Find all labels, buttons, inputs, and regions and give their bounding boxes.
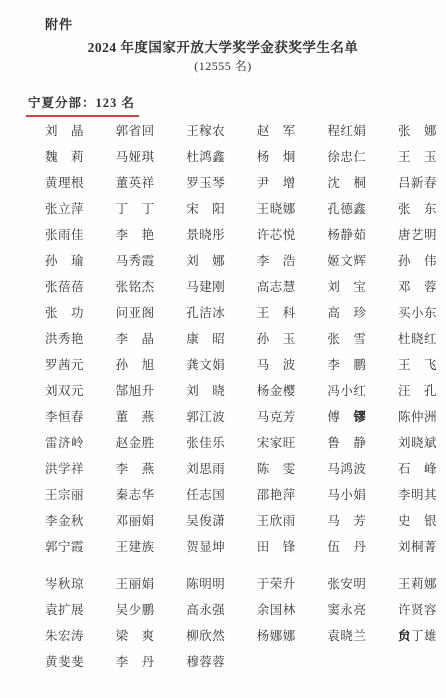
student-name: 魏 莉: [45, 144, 87, 170]
student-name: 王建族: [116, 534, 158, 560]
student-name: 孔洁冰: [186, 300, 228, 326]
student-name: 张佳乐: [186, 430, 228, 456]
student-name: 孙 玉: [257, 326, 299, 352]
student-name: 吕新春: [398, 170, 440, 196]
student-name: 吴少鹏: [116, 597, 158, 623]
student-name: 李金秋: [45, 508, 87, 534]
student-name: 刘思雨: [186, 456, 228, 482]
student-name: 刘 晓: [186, 378, 228, 404]
student-name: 窦永亮: [327, 597, 369, 623]
student-name: 马秀霞: [116, 248, 158, 274]
student-name: 张蓓蓓: [45, 274, 87, 300]
student-name: 姬文辉: [327, 248, 369, 274]
student-name: 董英祥: [116, 170, 158, 196]
student-name: 张安明: [327, 571, 369, 597]
student-name: 王莉娜: [398, 571, 440, 597]
student-name: 张 功: [45, 300, 87, 326]
student-name: 郜旭升: [116, 378, 158, 404]
student-name: 高永强: [186, 597, 228, 623]
student-name: 张雨佳: [45, 222, 87, 248]
student-name: 景晓彤: [186, 222, 228, 248]
student-name: 李 鹏: [327, 352, 369, 378]
student-name: 冯小红: [327, 378, 369, 404]
student-name: 洪学祥: [45, 456, 87, 482]
student-name: 黄斐斐: [45, 649, 87, 675]
student-name: 任志国: [186, 482, 228, 508]
student-name: 刘 宝: [327, 274, 369, 300]
student-name: 李恒春: [45, 404, 87, 430]
student-name: 赵 军: [257, 118, 299, 144]
student-name: 高志慧: [257, 274, 299, 300]
student-name: 李 浩: [257, 248, 299, 274]
student-name: 孙 伟: [398, 248, 440, 274]
student-name: 杨 炯: [257, 144, 299, 170]
student-name: 高 珍: [327, 300, 369, 326]
student-name: 邓 蓉: [398, 274, 440, 300]
student-name: 刘双元: [45, 378, 87, 404]
student-name: 徐忠仁: [327, 144, 369, 170]
student-name: 雷济岭: [45, 430, 87, 456]
student-name: 杜鸿鑫: [186, 144, 228, 170]
document-title: 2024 年度国家开放大学奖学金获奖学生名单: [0, 36, 446, 56]
student-name: 买小东: [398, 300, 440, 326]
student-name: 马建刚: [186, 274, 228, 300]
student-name: 鲁 静: [327, 430, 369, 456]
student-name: 李 丹: [116, 649, 158, 675]
student-name: 刘 晶: [45, 118, 87, 144]
student-name: 董 燕: [116, 404, 158, 430]
student-name: 王欣雨: [257, 508, 299, 534]
student-name: 石 峰: [398, 456, 440, 482]
student-name: 王晓娜: [257, 196, 299, 222]
student-name: 邓丽娟: [116, 508, 158, 534]
student-name: 刘 娜: [186, 248, 228, 274]
student-name: 罗玉琴: [186, 170, 228, 196]
student-name: 贺显坤: [186, 534, 228, 560]
student-name: 许贤容: [398, 597, 440, 623]
student-name: 余国林: [257, 597, 299, 623]
student-name: 郭江波: [186, 404, 228, 430]
student-name: 马克芳: [257, 404, 299, 430]
student-name: 李 艳: [116, 222, 158, 248]
student-name: 贠丁雄: [398, 623, 440, 649]
student-name: 洪秀艳: [45, 326, 87, 352]
bold-character: 镠: [353, 410, 366, 424]
student-name: 张 雪: [327, 326, 369, 352]
student-name: 沈 桐: [327, 170, 369, 196]
student-name: 杜晓红: [398, 326, 440, 352]
student-name: 史 银: [398, 508, 440, 534]
student-name: 杨娜娜: [257, 623, 299, 649]
student-name: 黄理根: [45, 170, 87, 196]
bold-character: 贠: [398, 629, 411, 643]
student-name: 袁晓兰: [327, 623, 369, 649]
student-name: 赵金胜: [116, 430, 158, 456]
student-name: 罗茜元: [45, 352, 87, 378]
student-name: 王宗丽: [45, 482, 87, 508]
student-name: 宋 阳: [186, 196, 228, 222]
branch-heading: 宁夏分部：123 名: [26, 93, 139, 117]
student-name: 马娅琪: [116, 144, 158, 170]
student-name: 张铭杰: [116, 274, 158, 300]
student-name: 陈 雯: [257, 456, 299, 482]
student-name: 宋家旺: [257, 430, 299, 456]
student-name: 柳欣然: [186, 623, 228, 649]
attachment-label: 附件: [45, 14, 73, 33]
student-name: 岑秋琼: [45, 571, 87, 597]
student-name: 杨金樱: [257, 378, 299, 404]
student-name: 孙 旭: [116, 352, 158, 378]
student-name: 王 飞: [398, 352, 440, 378]
student-name: 邵艳萍: [257, 482, 299, 508]
student-name: 马 波: [257, 352, 299, 378]
student-name: 郭宁霞: [45, 534, 87, 560]
student-name: 尹 增: [257, 170, 299, 196]
document-page: 附件 2024 年度国家开放大学奖学金获奖学生名单 (12555 名) 宁夏分部…: [0, 0, 446, 698]
student-name: 程红娟: [327, 118, 369, 144]
student-name: 丁 丁: [116, 196, 158, 222]
student-name: 穆蓉蓉: [186, 649, 228, 675]
student-name: 朱宏涛: [45, 623, 87, 649]
student-name: 杨静茹: [327, 222, 369, 248]
student-name: 王稼农: [186, 118, 228, 144]
total-count-subtitle: (12555 名): [0, 57, 446, 74]
student-name: 陈仲洲: [398, 404, 440, 430]
student-name: 刘晓斌: [398, 430, 440, 456]
student-name: 张立萍: [45, 196, 87, 222]
student-name: 孙 瑜: [45, 248, 87, 274]
student-name: 李 晶: [116, 326, 158, 352]
student-name: 伍 丹: [327, 534, 369, 560]
student-name: 王丽娟: [116, 571, 158, 597]
student-name: 康 昭: [186, 326, 228, 352]
student-name: 龚文娟: [186, 352, 228, 378]
student-name: 于荣升: [257, 571, 299, 597]
student-name: 田 锋: [257, 534, 299, 560]
student-name: 张 东: [398, 196, 440, 222]
student-name: 张 娜: [398, 118, 440, 144]
student-name: 孔德鑫: [327, 196, 369, 222]
student-name: 马 芳: [327, 508, 369, 534]
student-name: 王 科: [257, 300, 299, 326]
student-name: 傅 镠: [327, 404, 369, 430]
student-name: 刘桐菁: [398, 534, 440, 560]
student-name: 李明其: [398, 482, 440, 508]
student-name: 汪 孔: [398, 378, 440, 404]
student-name: 陈明明: [186, 571, 228, 597]
student-name: 王 玉: [398, 144, 440, 170]
student-name: 梁 爽: [116, 623, 158, 649]
student-name: 许芯悦: [257, 222, 299, 248]
student-name: 郭省回: [116, 118, 158, 144]
student-name: 马鸿波: [327, 456, 369, 482]
student-roster: 刘 晶郭省回王稼农赵 军程红娟张 娜魏 莉马娅琪杜鸿鑫杨 炯徐忠仁王 玉黄理根董…: [45, 118, 440, 675]
student-name: 吴俊潇: [186, 508, 228, 534]
student-name: 李 燕: [116, 456, 158, 482]
student-name: 马小娟: [327, 482, 369, 508]
student-name: 袁扩展: [45, 597, 87, 623]
student-name: 唐艺明: [398, 222, 440, 248]
student-name: 问亚阁: [116, 300, 158, 326]
student-name: 秦志华: [116, 482, 158, 508]
